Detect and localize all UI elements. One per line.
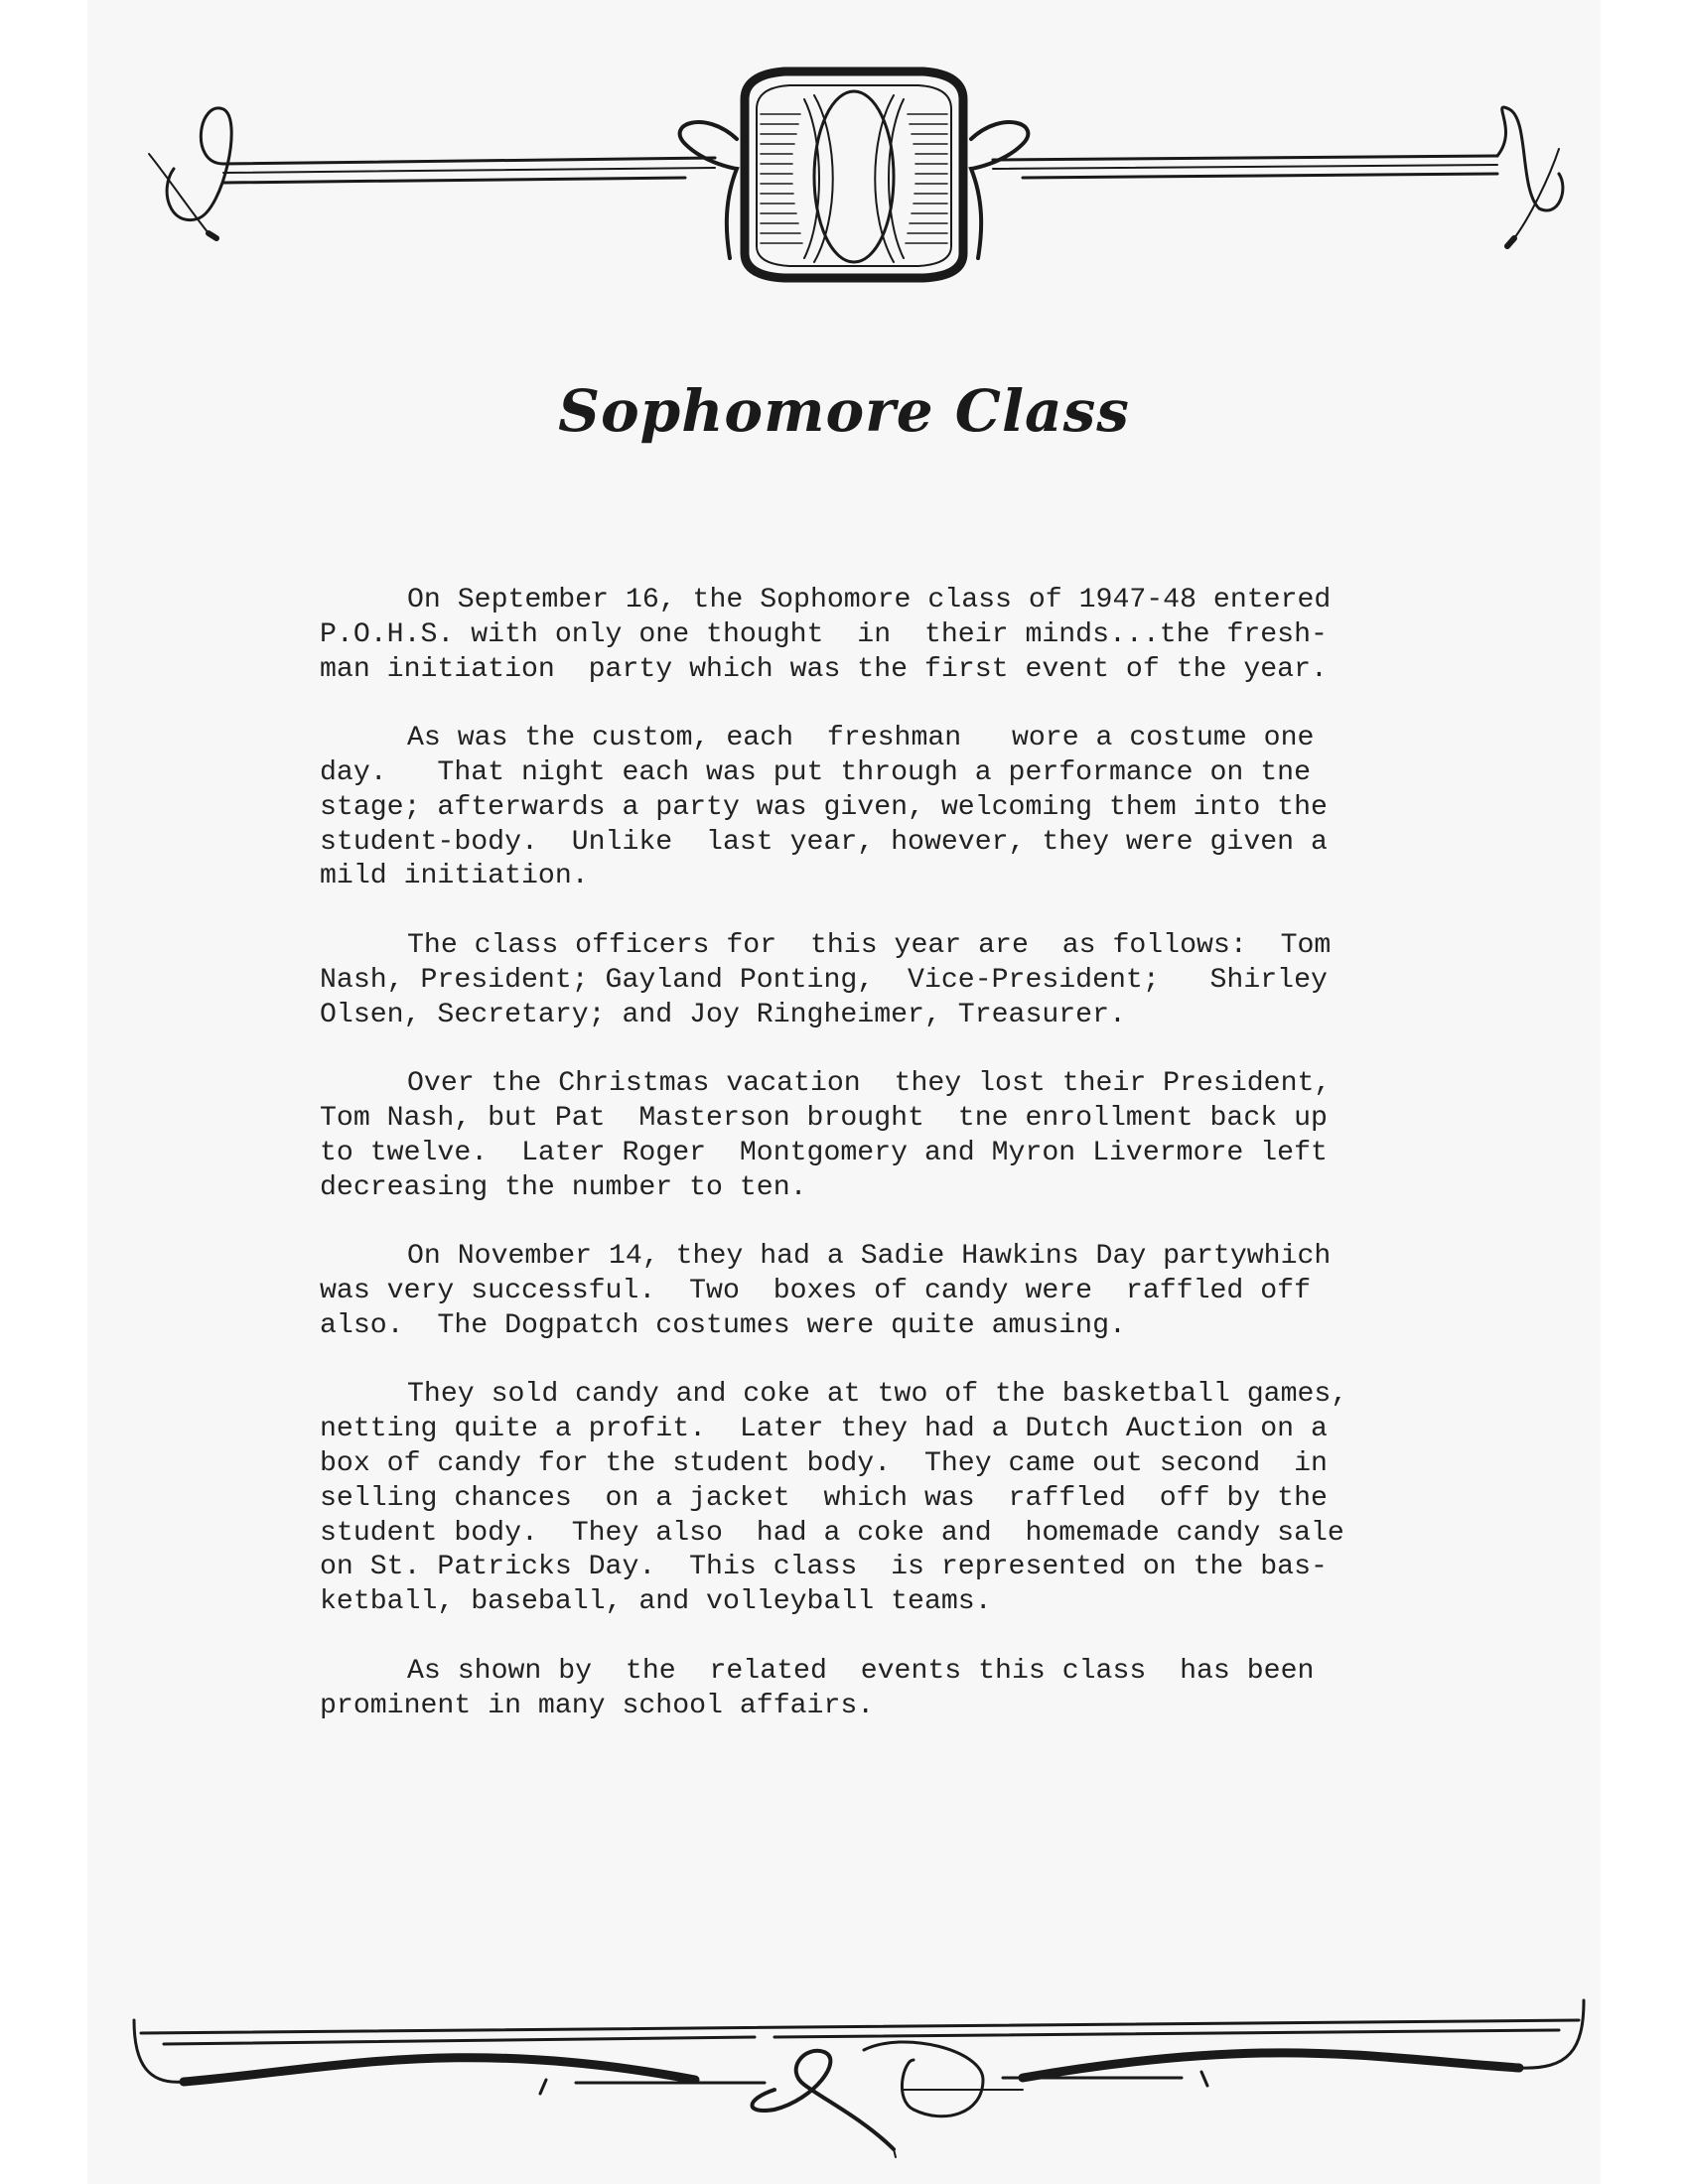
- page-title: Sophomore Class: [0, 377, 1688, 445]
- text-line: on St. Patricks Day. This class is repre…: [320, 1551, 1364, 1585]
- footer-ornament-icon: [129, 1990, 1589, 2159]
- paragraph: Over the Christmas vacation they lost th…: [320, 1067, 1364, 1205]
- paragraph: As shown by the related events this clas…: [320, 1655, 1364, 1724]
- text-line: Over the Christmas vacation they lost th…: [320, 1067, 1364, 1102]
- text-line: student-body. Unlike last year, however,…: [320, 826, 1364, 861]
- text-line: ketball, baseball, and volleyball teams.: [320, 1585, 1364, 1620]
- paragraph: They sold candy and coke at two of the b…: [320, 1378, 1364, 1620]
- text-line: netting quite a profit. Later they had a…: [320, 1413, 1364, 1447]
- paragraph: As was the custom, each freshman wore a …: [320, 722, 1364, 894]
- text-line: The class officers for this year are as …: [320, 929, 1364, 964]
- text-line: selling chances on a jacket which was ra…: [320, 1482, 1364, 1517]
- text-line: day. That night each was put through a p…: [320, 756, 1364, 791]
- text-line: As shown by the related events this clas…: [320, 1655, 1364, 1690]
- text-line: On November 14, they had a Sadie Hawkins…: [320, 1240, 1364, 1275]
- text-line: Olsen, Secretary; and Joy Ringheimer, Tr…: [320, 999, 1364, 1033]
- text-line: box of candy for the student body. They …: [320, 1447, 1364, 1482]
- text-line: On September 16, the Sophomore class of …: [320, 584, 1364, 618]
- text-line: student body. They also had a coke and h…: [320, 1517, 1364, 1552]
- text-line: was very successful. Two boxes of candy …: [320, 1275, 1364, 1309]
- text-line: to twelve. Later Roger Montgomery and My…: [320, 1137, 1364, 1171]
- text-line: decreasing the number to ten.: [320, 1171, 1364, 1206]
- paragraph: The class officers for this year are as …: [320, 929, 1364, 1032]
- text-line: P.O.H.S. with only one thought in their …: [320, 618, 1364, 653]
- text-line: also. The Dogpatch costumes were quite a…: [320, 1309, 1364, 1344]
- text-line: man initiation party which was the first…: [320, 653, 1364, 688]
- text-line: As was the custom, each freshman wore a …: [320, 722, 1364, 756]
- paragraph: On September 16, the Sophomore class of …: [320, 584, 1364, 687]
- header-ornament-icon: [129, 60, 1579, 288]
- text-line: Nash, President; Gayland Ponting, Vice-P…: [320, 964, 1364, 999]
- text-line: stage; afterwards a party was given, wel…: [320, 791, 1364, 826]
- text-line: Tom Nash, but Pat Masterson brought tne …: [320, 1102, 1364, 1137]
- body-text: On September 16, the Sophomore class of …: [320, 584, 1364, 1758]
- text-line: They sold candy and coke at two of the b…: [320, 1378, 1364, 1413]
- text-line: mild initiation.: [320, 860, 1364, 894]
- paragraph: On November 14, they had a Sadie Hawkins…: [320, 1240, 1364, 1343]
- text-line: prominent in many school affairs.: [320, 1690, 1364, 1724]
